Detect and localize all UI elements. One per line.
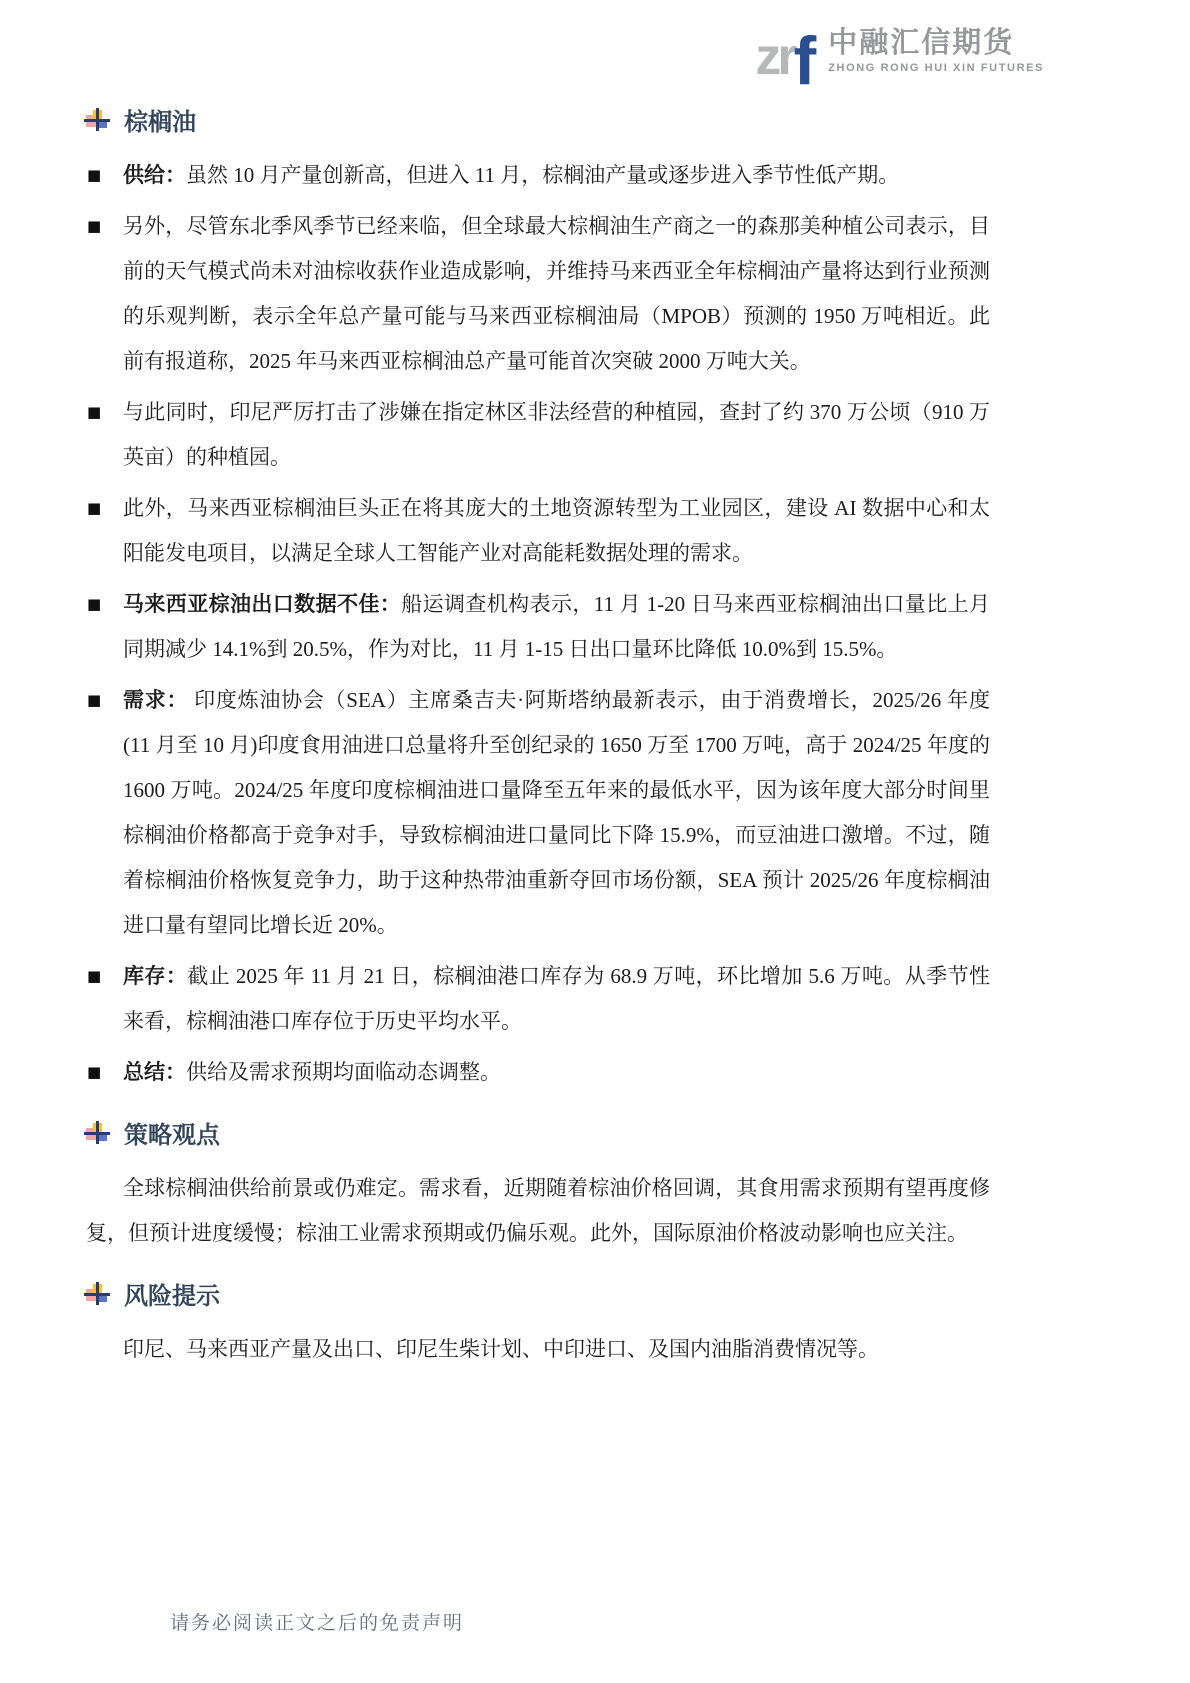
section-title-palm-oil: 棕榈油 [124, 102, 196, 137]
strategy-paragraph: 全球棕榈油供给前景或仍难定。需求看，近期随着棕油价格回调，其食用需求预期有望再度… [86, 1166, 990, 1256]
bullet-text: 与此同时，印尼严厉打击了涉嫌在指定林区非法经营的种植园，查封了约 370 万公顷… [123, 400, 990, 469]
bullet-supply: ■供给：虽然 10 月产量创新高，但进入 11 月，棕榈油产量或逐步进入季节性低… [86, 153, 990, 198]
bullet-label: 库存： [123, 964, 187, 988]
square-bullet-icon: ■ [87, 954, 101, 999]
logo-zrf-mark: zr f [755, 24, 816, 78]
bullet-text: 供给及需求预期均面临动态调整。 [186, 1060, 501, 1084]
square-bullet-icon: ■ [87, 153, 101, 198]
company-name-cn: 中融汇信期货 [828, 28, 1044, 60]
bullet-text: 截止 2025 年 11 月 21 日，棕榈油港口库存为 68.9 万吨，环比增… [123, 964, 990, 1033]
footer-disclaimer: 请务必阅读正文之后的免责声明 [170, 1608, 464, 1635]
square-bullet-icon: ■ [87, 486, 101, 531]
section-header-palm-oil: 棕榈油 [86, 102, 990, 137]
bullet-export-data: ■马来西亚棕油出口数据不佳：船运调查机构表示，11 月 1-20 日马来西亚棕榈… [86, 582, 990, 672]
square-bullet-icon: ■ [87, 1050, 101, 1095]
square-bullet-icon: ■ [87, 582, 101, 627]
risk-paragraph: 印尼、马来西亚产量及出口、印尼生柴计划、中印进口、及国内油脂消费情况等。 [86, 1327, 990, 1372]
bullet-industrial-parks: ■此外，马来西亚棕榈油巨头正在将其庞大的土地资源转型为工业园区，建设 AI 数据… [86, 486, 990, 576]
colored-cross-bullet-icon [86, 108, 109, 131]
company-logo: zr f 中融汇信期货 ZHONG RONG HUI XIN FUTURES [755, 24, 1044, 78]
square-bullet-icon: ■ [87, 390, 101, 435]
bullet-inventory: ■库存：截止 2025 年 11 月 21 日，棕榈油港口库存为 68.9 万吨… [86, 954, 990, 1044]
logo-zr-letters: zr [755, 37, 793, 79]
report-body: 棕榈油 ■供给：虽然 10 月产量创新高，但进入 11 月，棕榈油产量或逐步进入… [0, 0, 1190, 1372]
section-title-strategy: 策略观点 [124, 1115, 220, 1150]
company-name-en: ZHONG RONG HUI XIN FUTURES [828, 62, 1044, 74]
bullet-label: 总结： [123, 1060, 186, 1084]
logo-f-letter: f [794, 34, 817, 88]
section-header-risk: 风险提示 [86, 1276, 990, 1311]
bullet-sime-darby: ■另外，尽管东北季风季节已经来临，但全球最大棕榈油生产商之一的森那美种植公司表示… [86, 204, 990, 384]
bullet-indonesia-crackdown: ■与此同时，印尼严厉打击了涉嫌在指定林区非法经营的种植园，查封了约 370 万公… [86, 390, 990, 480]
stray-period-mark: 。 [936, 824, 950, 844]
section-header-strategy: 策略观点 [86, 1115, 990, 1150]
square-bullet-icon: ■ [87, 204, 101, 249]
bullet-text: 印度炼油协会（SEA）主席桑吉夫·阿斯塔纳最新表示，由于消费增长，2025/26… [123, 688, 990, 937]
colored-cross-bullet-icon [86, 1282, 109, 1305]
colored-cross-bullet-icon [86, 1121, 109, 1144]
bullet-label: 需求： [123, 688, 188, 712]
bullet-summary: ■总结：供给及需求预期均面临动态调整。 [86, 1050, 990, 1095]
section-title-risk: 风险提示 [124, 1276, 220, 1311]
bullet-demand: ■需求： 印度炼油协会（SEA）主席桑吉夫·阿斯塔纳最新表示，由于消费增长，20… [86, 678, 990, 948]
logo-names: 中融汇信期货 ZHONG RONG HUI XIN FUTURES [828, 28, 1044, 74]
report-page: zr f 中融汇信期货 ZHONG RONG HUI XIN FUTURES 棕… [0, 0, 1190, 1683]
bullet-label: 供给： [123, 163, 186, 187]
bullet-text: 虽然 10 月产量创新高，但进入 11 月，棕榈油产量或逐步进入季节性低产期。 [186, 163, 899, 187]
square-bullet-icon: ■ [87, 678, 101, 723]
bullet-text: 另外，尽管东北季风季节已经来临，但全球最大棕榈油生产商之一的森那美种植公司表示，… [123, 214, 990, 373]
bullet-text: 此外，马来西亚棕榈油巨头正在将其庞大的土地资源转型为工业园区，建设 AI 数据中… [123, 496, 990, 565]
palm-oil-bullet-list: ■供给：虽然 10 月产量创新高，但进入 11 月，棕榈油产量或逐步进入季节性低… [86, 153, 990, 1095]
bullet-label: 马来西亚棕油出口数据不佳： [123, 592, 401, 616]
